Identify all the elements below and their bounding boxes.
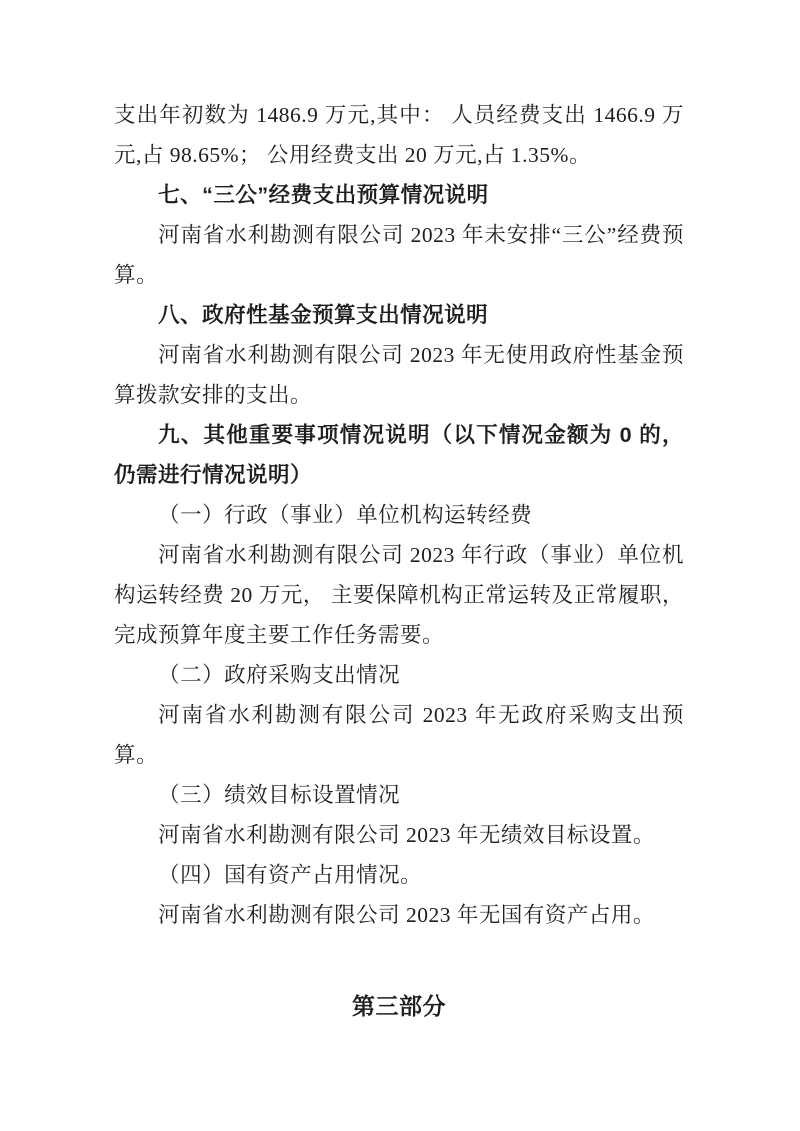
heading-section-8-gov-fund-budget: 八、政府性基金预算支出情况说明 bbox=[114, 295, 684, 335]
paragraph-item-4-title-state-assets: （四）国有资产占用情况。 bbox=[114, 855, 684, 895]
paragraph-item-2-body-procurement: 河南省水利勘测有限公司 2023 年无政府采购支出预算。 bbox=[114, 695, 684, 775]
paragraph-item-4-body-state-assets: 河南省水利勘测有限公司 2023 年无国有资产占用。 bbox=[114, 895, 684, 935]
paragraph-item-2-title-procurement: （二）政府采购支出情况 bbox=[114, 655, 684, 695]
heading-section-9-other-matters: 九、其他重要事项情况说明（以下情况金额为 0 的，仍需进行情况说明） bbox=[114, 415, 684, 495]
paragraph-item-1-body-operating-funds: 河南省水利勘测有限公司 2023 年行政（事业）单位机构运转经费 20 万元， … bbox=[114, 535, 684, 655]
document-page: 支出年初数为 1486.9 万元,其中： 人员经费支出 1466.9 万元,占 … bbox=[0, 0, 800, 1131]
paragraph-item-3-title-performance-goals: （三）绩效目标设置情况 bbox=[114, 775, 684, 815]
part-three-title: 第三部分 bbox=[114, 992, 684, 1020]
heading-section-7-sangong-budget: 七、“三公”经费支出预算情况说明 bbox=[114, 175, 684, 215]
paragraph-gov-fund-statement: 河南省水利勘测有限公司 2023 年无使用政府性基金预算拨款安排的支出。 bbox=[114, 335, 684, 415]
paragraph-expenditure-summary: 支出年初数为 1486.9 万元,其中： 人员经费支出 1466.9 万元,占 … bbox=[114, 95, 684, 175]
paragraph-item-1-title-operating-funds: （一）行政（事业）单位机构运转经费 bbox=[114, 495, 684, 535]
paragraph-sangong-statement: 河南省水利勘测有限公司 2023 年未安排“三公”经费预算。 bbox=[114, 215, 684, 295]
paragraph-item-3-body-performance-goals: 河南省水利勘测有限公司 2023 年无绩效目标设置。 bbox=[114, 815, 684, 855]
